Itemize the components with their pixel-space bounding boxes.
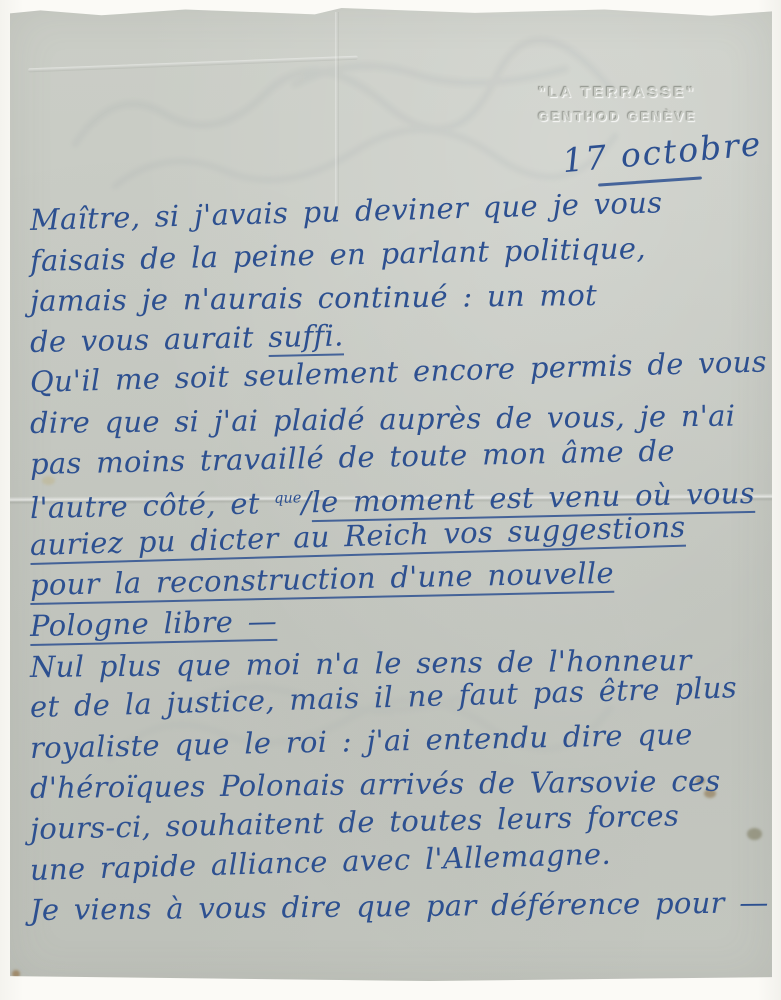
letterhead-place: GENTHOD GENÈVE <box>538 109 697 124</box>
underlined-text: suffi. <box>268 318 344 354</box>
letter-sheet: "LA TERRASSE" GENTHOD GENÈVE 17 octobre … <box>10 8 772 981</box>
underlined-text: Pologne libre — <box>30 604 278 643</box>
letter-text: Je viens à vous dire que par déférence p… <box>30 885 769 927</box>
letter-line: Je viens à vous dire que par déférence p… <box>30 882 766 930</box>
embossed-letterhead: "LA TERRASSE" GENTHOD GENÈVE <box>538 84 697 124</box>
stain <box>12 970 20 978</box>
paper-crease <box>335 12 339 217</box>
photo-backdrop: "LA TERRASSE" GENTHOD GENÈVE 17 octobre … <box>0 0 781 1000</box>
letter-body: Maître, si j'avais pu deviner que je vou… <box>30 200 766 931</box>
letter-text: de vous aurait <box>30 320 269 359</box>
letterhead-name: "LA TERRASSE" <box>538 84 697 101</box>
letter-text: que <box>274 490 302 507</box>
